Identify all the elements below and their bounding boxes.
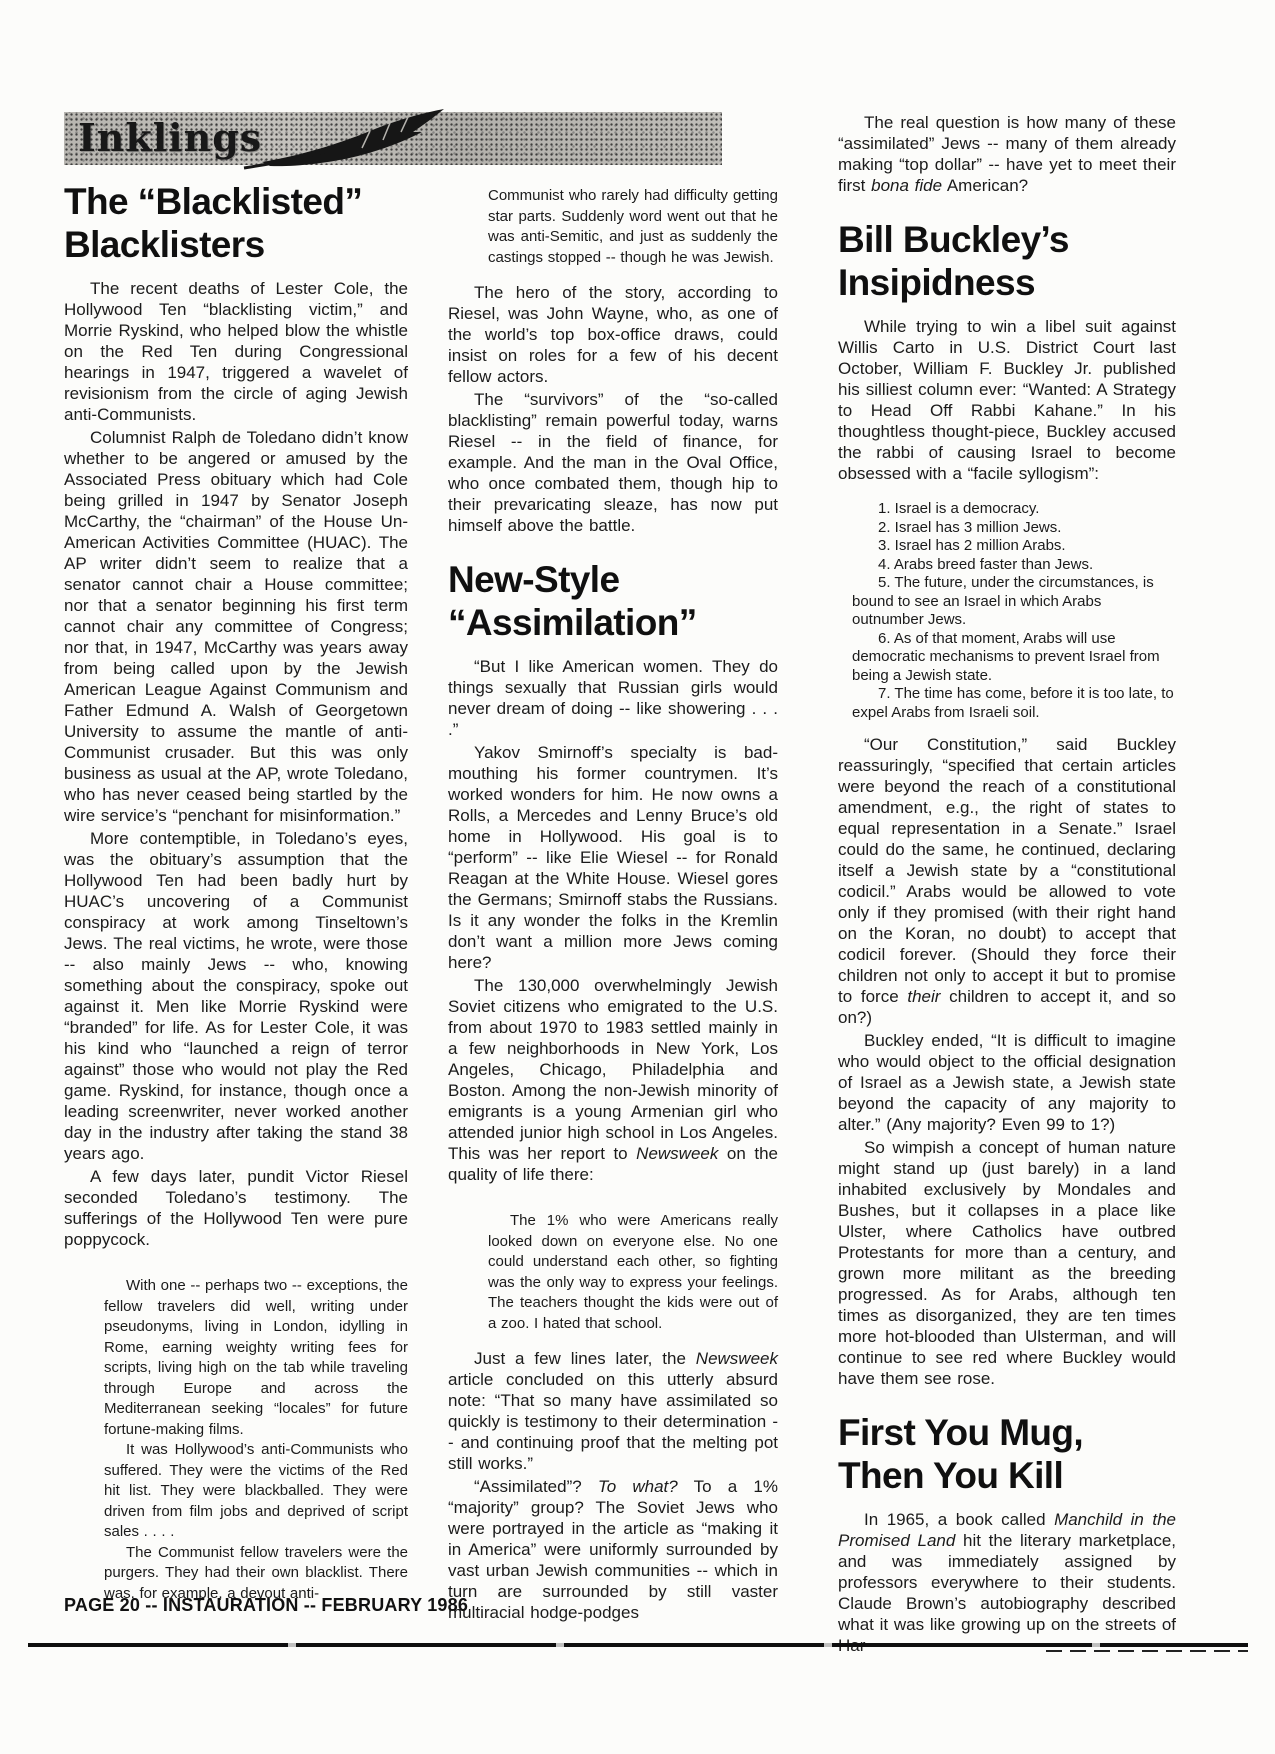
paragraph: Buckley ended, “It is difficult to imagi… — [838, 1030, 1176, 1135]
column-2: Communist who rarely had difficulty gett… — [448, 186, 778, 1625]
column-1: The “Blacklisted”Blacklisters The recent… — [64, 180, 408, 1614]
paragraph: The hero of the story, according to Ries… — [448, 282, 778, 387]
syllogism-item: 4. Arabs breed faster than Jews. — [852, 556, 1176, 575]
paragraph: The real question is how many of these “… — [838, 112, 1176, 196]
paragraph: Yakov Smirnoff’s specialty is bad-mouthi… — [448, 742, 778, 973]
syllogism-item: 7. The time has come, before it is too l… — [852, 685, 1176, 722]
syllogism-item: 2. Israel has 3 million Jews. — [852, 519, 1176, 538]
paragraph: Columnist Ralph de Toledano didn’t know … — [64, 427, 408, 826]
paragraph: “Our Constitution,” said Buckley reassur… — [838, 734, 1176, 1028]
bottom-rule — [28, 1643, 1248, 1647]
headline-line: Blacklisters — [64, 224, 265, 265]
headline-line: “Assimilation” — [448, 602, 697, 643]
quill-pen-icon — [232, 108, 462, 170]
quote-paragraph: With one -- perhaps two -- exceptions, t… — [104, 1276, 408, 1440]
syllogism-item: 3. Israel has 2 million Arabs. — [852, 537, 1176, 556]
quote-paragraph: The 1% who were Americans really looked … — [488, 1211, 778, 1334]
paragraph: Just a few lines later, the Newsweek art… — [448, 1348, 778, 1474]
paragraph: So wimpish a concept of human nature mig… — [838, 1137, 1176, 1389]
quote-paragraph: Communist who rarely had difficulty gett… — [488, 186, 778, 268]
magazine-page: Inklings The “Blacklisted”Blacklisters T… — [0, 0, 1275, 1754]
blockquote-riesel-continued: Communist who rarely had difficulty gett… — [488, 186, 778, 268]
article-title-first-you-mug-then-you-kill: First You Mug,Then You Kill — [838, 1411, 1176, 1497]
headline-line: First You Mug, — [838, 1412, 1083, 1453]
column-3: The real question is how many of these “… — [838, 112, 1176, 1658]
paragraph: While trying to win a libel suit against… — [838, 316, 1176, 484]
paragraph: More contemptible, in Toledano’s eyes, w… — [64, 828, 408, 1164]
headline-line: Bill Buckley’s — [838, 219, 1069, 260]
article-title-bill-buckleys-insipidness: Bill Buckley’sInsipidness — [838, 218, 1176, 304]
page-footer: PAGE 20 -- INSTAURATION -- FEBRUARY 1986 — [64, 1595, 468, 1616]
paragraph: The recent deaths of Lester Cole, the Ho… — [64, 278, 408, 425]
syllogism-list: 1. Israel is a democracy. 2. Israel has … — [852, 500, 1176, 722]
quote-paragraph: It was Hollywood’s anti-Communists who s… — [104, 1440, 408, 1543]
syllogism-item: 6. As of that moment, Arabs will use dem… — [852, 630, 1176, 686]
blockquote-newsweek: The 1% who were Americans really looked … — [488, 1211, 778, 1334]
blockquote-riesel: With one -- perhaps two -- exceptions, t… — [104, 1276, 408, 1604]
paragraph: The 130,000 overwhelmingly Jewish Soviet… — [448, 975, 778, 1185]
paragraph: The “survivors” of the “so-called blackl… — [448, 389, 778, 536]
paragraph: “Assimilated”? To what? To a 1% “majorit… — [448, 1476, 778, 1623]
syllogism-item: 5. The future, under the circumstances, … — [852, 574, 1176, 630]
paragraph: “But I like American women. They do thin… — [448, 656, 778, 740]
article-title-blacklisted-blacklisters: The “Blacklisted”Blacklisters — [64, 180, 408, 266]
paragraph: In 1965, a book called Manchild in the P… — [838, 1509, 1176, 1656]
headline-line: New-Style — [448, 559, 619, 600]
article-title-new-style-assimilation: New-Style“Assimilation” — [448, 558, 778, 644]
syllogism-item: 1. Israel is a democracy. — [852, 500, 1176, 519]
headline-line: Insipidness — [838, 262, 1035, 303]
headline-line: Then You Kill — [838, 1455, 1063, 1496]
paragraph: A few days later, pundit Victor Riesel s… — [64, 1166, 408, 1250]
bottom-rule-dashed — [1046, 1650, 1248, 1652]
masthead-banner: Inklings — [64, 112, 722, 165]
headline-line: The “Blacklisted” — [64, 181, 362, 222]
